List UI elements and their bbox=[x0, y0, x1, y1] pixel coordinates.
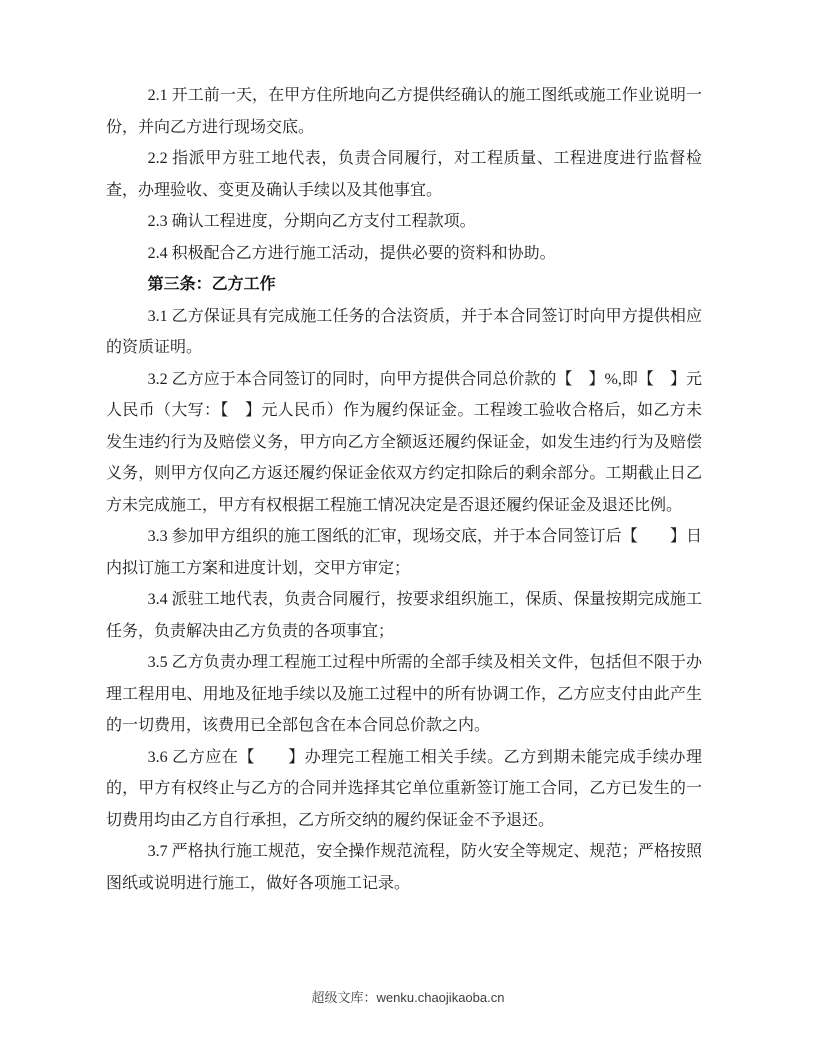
clause-2-3: 2.3 确认工程进度，分期向乙方支付工程款项。 bbox=[106, 206, 702, 238]
clause-2-2: 2.2 指派甲方驻工地代表，负责合同履行，对工程质量、工程进度进行监督检查，办理… bbox=[106, 143, 702, 206]
clause-3-1: 3.1 乙方保证具有完成施工任务的合法资质，并于本合同签订时向甲方提供相应的资质… bbox=[106, 301, 702, 364]
clause-2-1: 2.1 开工前一天，在甲方住所地向乙方提供经确认的施工图纸或施工作业说明一份，并… bbox=[106, 80, 702, 143]
clause-3-2: 3.2 乙方应于本合同签订的同时，向甲方提供合同总价款的【 】%,即【 】元人民… bbox=[106, 364, 702, 522]
document-page: 2.1 开工前一天，在甲方住所地向乙方提供经确认的施工图纸或施工作业说明一份，并… bbox=[0, 0, 816, 1056]
clause-3-6: 3.6 乙方应在【 】办理完工程施工相关手续。乙方到期未能完成手续办理的，甲方有… bbox=[106, 742, 702, 837]
clause-3-3: 3.3 参加甲方组织的施工图纸的汇审，现场交底，并于本合同签订后【 】日内拟订施… bbox=[106, 521, 702, 584]
clause-3-4: 3.4 派驻工地代表，负责合同履行，按要求组织施工，保质、保量按期完成施工任务，… bbox=[106, 584, 702, 647]
clause-3-7: 3.7 严格执行施工规范，安全操作规范流程，防火安全等规定、规范；严格按照图纸或… bbox=[106, 836, 702, 899]
clause-3-5: 3.5 乙方负责办理工程施工过程中所需的全部手续及相关文件，包括但不限于办理工程… bbox=[106, 647, 702, 742]
clause-2-4: 2.4 积极配合乙方进行施工活动，提供必要的资料和协助。 bbox=[106, 238, 702, 270]
footer-watermark-text: 超级文库：wenku.chaojikaoba.cn bbox=[312, 990, 505, 1005]
page-footer: 超级文库：wenku.chaojikaoba.cn bbox=[0, 987, 816, 1006]
contract-body: 2.1 开工前一天，在甲方住所地向乙方提供经确认的施工图纸或施工作业说明一份，并… bbox=[106, 80, 702, 899]
section-heading-party-b-work: 第三条：乙方工作 bbox=[106, 269, 702, 301]
